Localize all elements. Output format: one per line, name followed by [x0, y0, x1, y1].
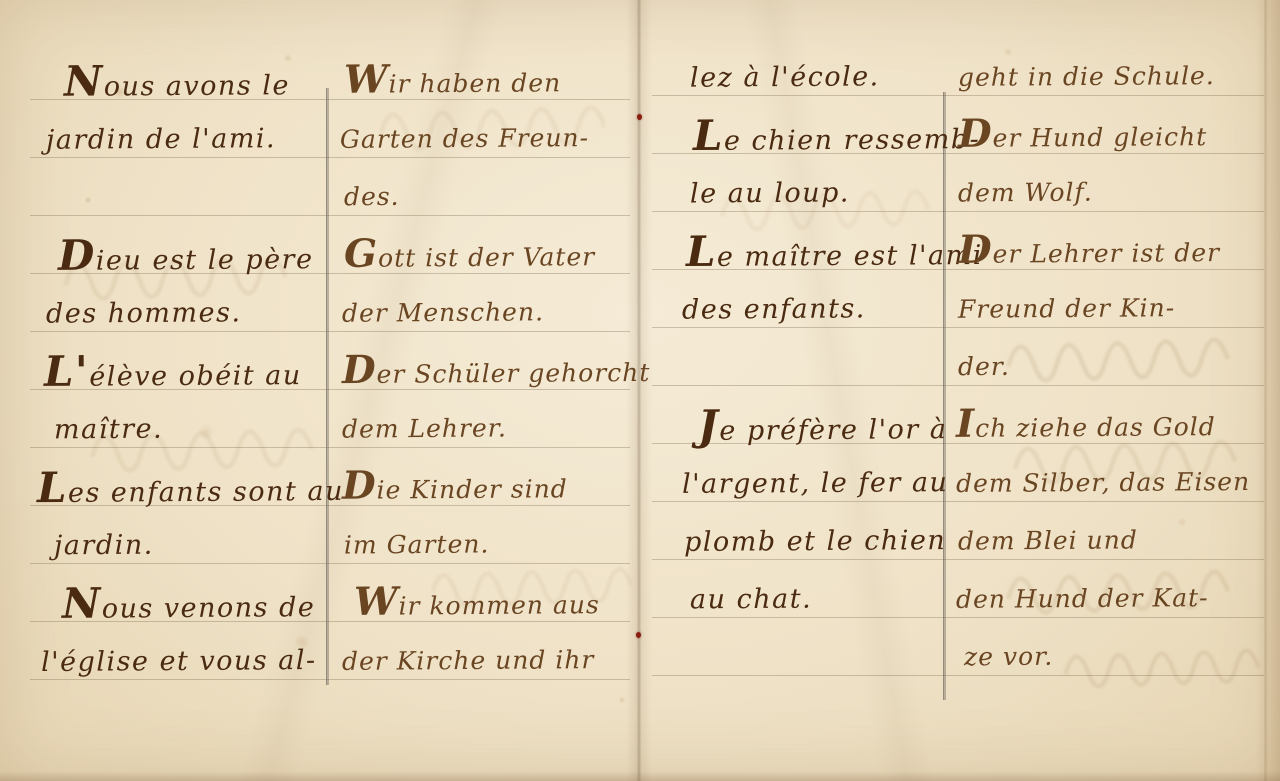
- handwriting-line: des.: [344, 182, 400, 211]
- binding-stitch: [636, 632, 641, 638]
- handwriting-line: Gott ist der Vater: [344, 239, 595, 273]
- handwriting-line: Les enfants sont au: [37, 471, 344, 509]
- handwriting-line: L'élève obéit au: [44, 355, 302, 393]
- page-edge-bottom: [0, 771, 1280, 781]
- handwriting-line: l'argent, le fer au: [682, 467, 949, 500]
- handwriting-line: dem Wolf.: [958, 178, 1093, 208]
- handwriting-line: Die Kinder sind: [342, 471, 568, 505]
- ghost-writing: [987, 325, 1249, 400]
- ghost-writing: [1061, 639, 1263, 704]
- handwriting-line: Ich ziehe das Gold: [956, 409, 1216, 443]
- handwriting-line: Wir kommen aus: [354, 587, 600, 621]
- handwriting-line: im Garten.: [344, 529, 490, 559]
- handwriting-line: Freund der Kin-: [958, 293, 1175, 324]
- handwriting-line: Nous venons de: [62, 587, 316, 625]
- handwriting-line: Garten des Freun-: [340, 123, 589, 154]
- column-divider-pencil-line: [943, 92, 946, 700]
- handwriting-line: geht in die Schule.: [958, 61, 1215, 92]
- handwriting-line: dem Lehrer.: [342, 413, 507, 443]
- handwriting-line: Le chien ressemb-: [693, 119, 980, 157]
- page-edge-right: [1256, 0, 1280, 781]
- handwriting-line: der Menschen.: [342, 297, 544, 327]
- handwriting-line: Der Schüler gehorcht: [342, 355, 651, 389]
- handwriting-line: dem Blei und: [958, 525, 1138, 555]
- handwriting-line: Wir haben den: [344, 65, 561, 99]
- handwriting-line: ze vor.: [964, 642, 1053, 672]
- handwriting-line: Der Lehrer ist der: [958, 235, 1220, 269]
- handwriting-line: l'église et vous al-: [41, 645, 317, 678]
- column-divider-pencil-line: [326, 88, 329, 685]
- handwriting-line: den Hund der Kat-: [956, 583, 1209, 614]
- notebook-spread: Nous avons le jardin de l'ami. Dieu est …: [0, 0, 1280, 781]
- handwriting-line: der.: [958, 352, 1010, 381]
- handwriting-line: des hommes.: [46, 297, 242, 329]
- handwriting-line: dem Silber, das Eisen: [956, 467, 1250, 498]
- handwriting-line: lez à l'école.: [690, 61, 880, 93]
- handwriting-line: plomb et le chien: [684, 525, 946, 558]
- handwriting-line: au chat.: [690, 584, 812, 616]
- handwriting-line: Der Hund gleicht: [958, 119, 1207, 153]
- handwriting-line: Nous avons le: [64, 65, 290, 103]
- handwriting-line: des enfants.: [682, 293, 866, 325]
- handwriting-line: Dieu est le père: [58, 239, 314, 277]
- handwriting-line: Je préfère l'or à: [698, 409, 948, 447]
- binding-stitch: [637, 114, 642, 120]
- handwriting-line: le au loup.: [690, 177, 850, 209]
- handwriting-line: maître.: [54, 414, 163, 446]
- handwriting-line: der Kirche und ihr: [342, 645, 595, 676]
- handwriting-line: jardin de l'ami.: [46, 123, 276, 156]
- handwriting-line: jardin.: [54, 530, 154, 562]
- handwriting-line: Le maître est l'ami: [686, 235, 983, 273]
